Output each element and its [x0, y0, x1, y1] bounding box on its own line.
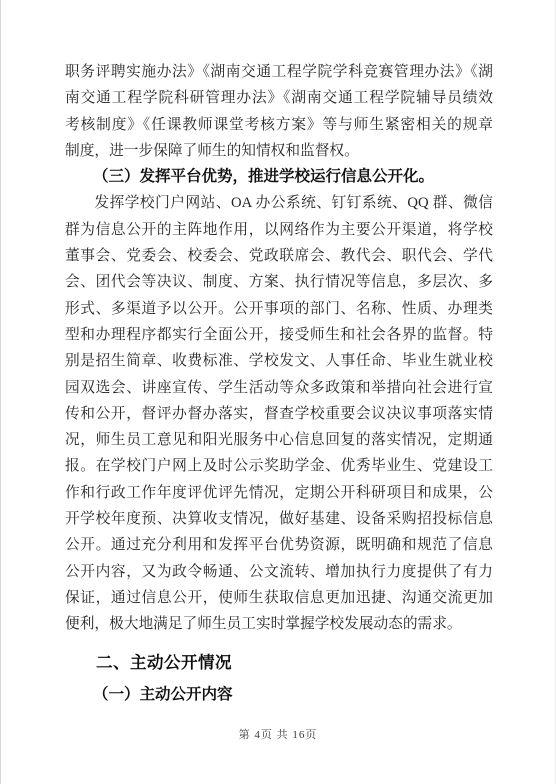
text-line: 公开内容，又为政令畅通、公文流转、增加执行力度提供了有力 [65, 559, 493, 585]
heading-part-2: 二、主动公开情况 [65, 650, 493, 676]
text-line: 传和公开，督评办督办落实，督查学校重要会议决议事项落实情 [65, 401, 493, 427]
page-footer: 第 4页 共 16页 [1, 726, 555, 742]
text-line: 别是招生简章、收费标准、学校发文、人事任命、毕业生就业校 [65, 348, 493, 374]
heading-section-3: （三）发挥平台优势，推进学校运行信息公开化。 [65, 164, 493, 190]
paragraph-platform: 发挥学校门户网站、OA 办公系统、钉钉系统、QQ 群、微信群为信息公开的主阵地作… [65, 190, 493, 637]
text-line: 便利，极大地满足了师生员工实时掌握学校发展动态的需求。 [65, 611, 493, 637]
text-line: 制度，进一步保障了师生的知情权和监督权。 [65, 138, 493, 164]
text-line: 开学校年度预、决算收支情况，做好基建、设备采购招投标信息 [65, 506, 493, 532]
text-line: 南交通工程学院科研管理办法》《湖南交通工程学院辅导员绩效 [65, 85, 493, 111]
text-line: 群为信息公开的主阵地作用，以网络作为主要公开渠道，将学校 [65, 217, 493, 243]
text-line: 发挥学校门户网站、OA 办公系统、钉钉系统、QQ 群、微信 [65, 190, 493, 216]
page-number-indicator: 第 4页 共 16页 [239, 729, 318, 741]
text-line: 董事会、党委会、校委会、党政联席会、教代会、职代会、学代 [65, 243, 493, 269]
text-line: 保证，通过信息公开，使师生获取信息更加迅捷、沟通交流更加 [65, 585, 493, 611]
text-line: 报。在学校门户网上及时公示奖助学金、优秀毕业生、党建设工 [65, 453, 493, 479]
text-line: 公开。通过充分利用和发挥平台优势资源，既明确和规范了信息 [65, 532, 493, 558]
document-page: 职务评聘实施办法》《湖南交通工程学院学科竞赛管理办法》《湖南交通工程学院科研管理… [0, 0, 556, 784]
text-line: 况，师生员工意见和阳光服务中心信息回复的落实情况，定期通 [65, 427, 493, 453]
text-line: 型和办理程序都实行全面公开，接受师生和社会各界的监督。特 [65, 322, 493, 348]
text-line: 形式、多渠道予以公开。公开事项的部门、名称、性质、办理类 [65, 296, 493, 322]
text-line: 考核制度》《任课教师课堂考核方案》等与师生紧密相关的规章 [65, 112, 493, 138]
paragraph-continuation: 职务评聘实施办法》《湖南交通工程学院学科竞赛管理办法》《湖南交通工程学院科研管理… [65, 59, 493, 164]
document-body: 职务评聘实施办法》《湖南交通工程学院学科竞赛管理办法》《湖南交通工程学院科研管理… [65, 59, 493, 708]
text-line: 作和行政工作年度评优评先情况，定期公开科研项目和成果，公 [65, 480, 493, 506]
heading-section-1: （一）主动公开内容 [65, 682, 493, 708]
text-line: 会、团代会等决议、制度、方案、执行情况等信息，多层次、多 [65, 269, 493, 295]
text-line: 园双选会、讲座宣传、学生活动等众多政策和举措向社会进行宣 [65, 375, 493, 401]
text-line: 职务评聘实施办法》《湖南交通工程学院学科竞赛管理办法》《湖 [65, 59, 493, 85]
